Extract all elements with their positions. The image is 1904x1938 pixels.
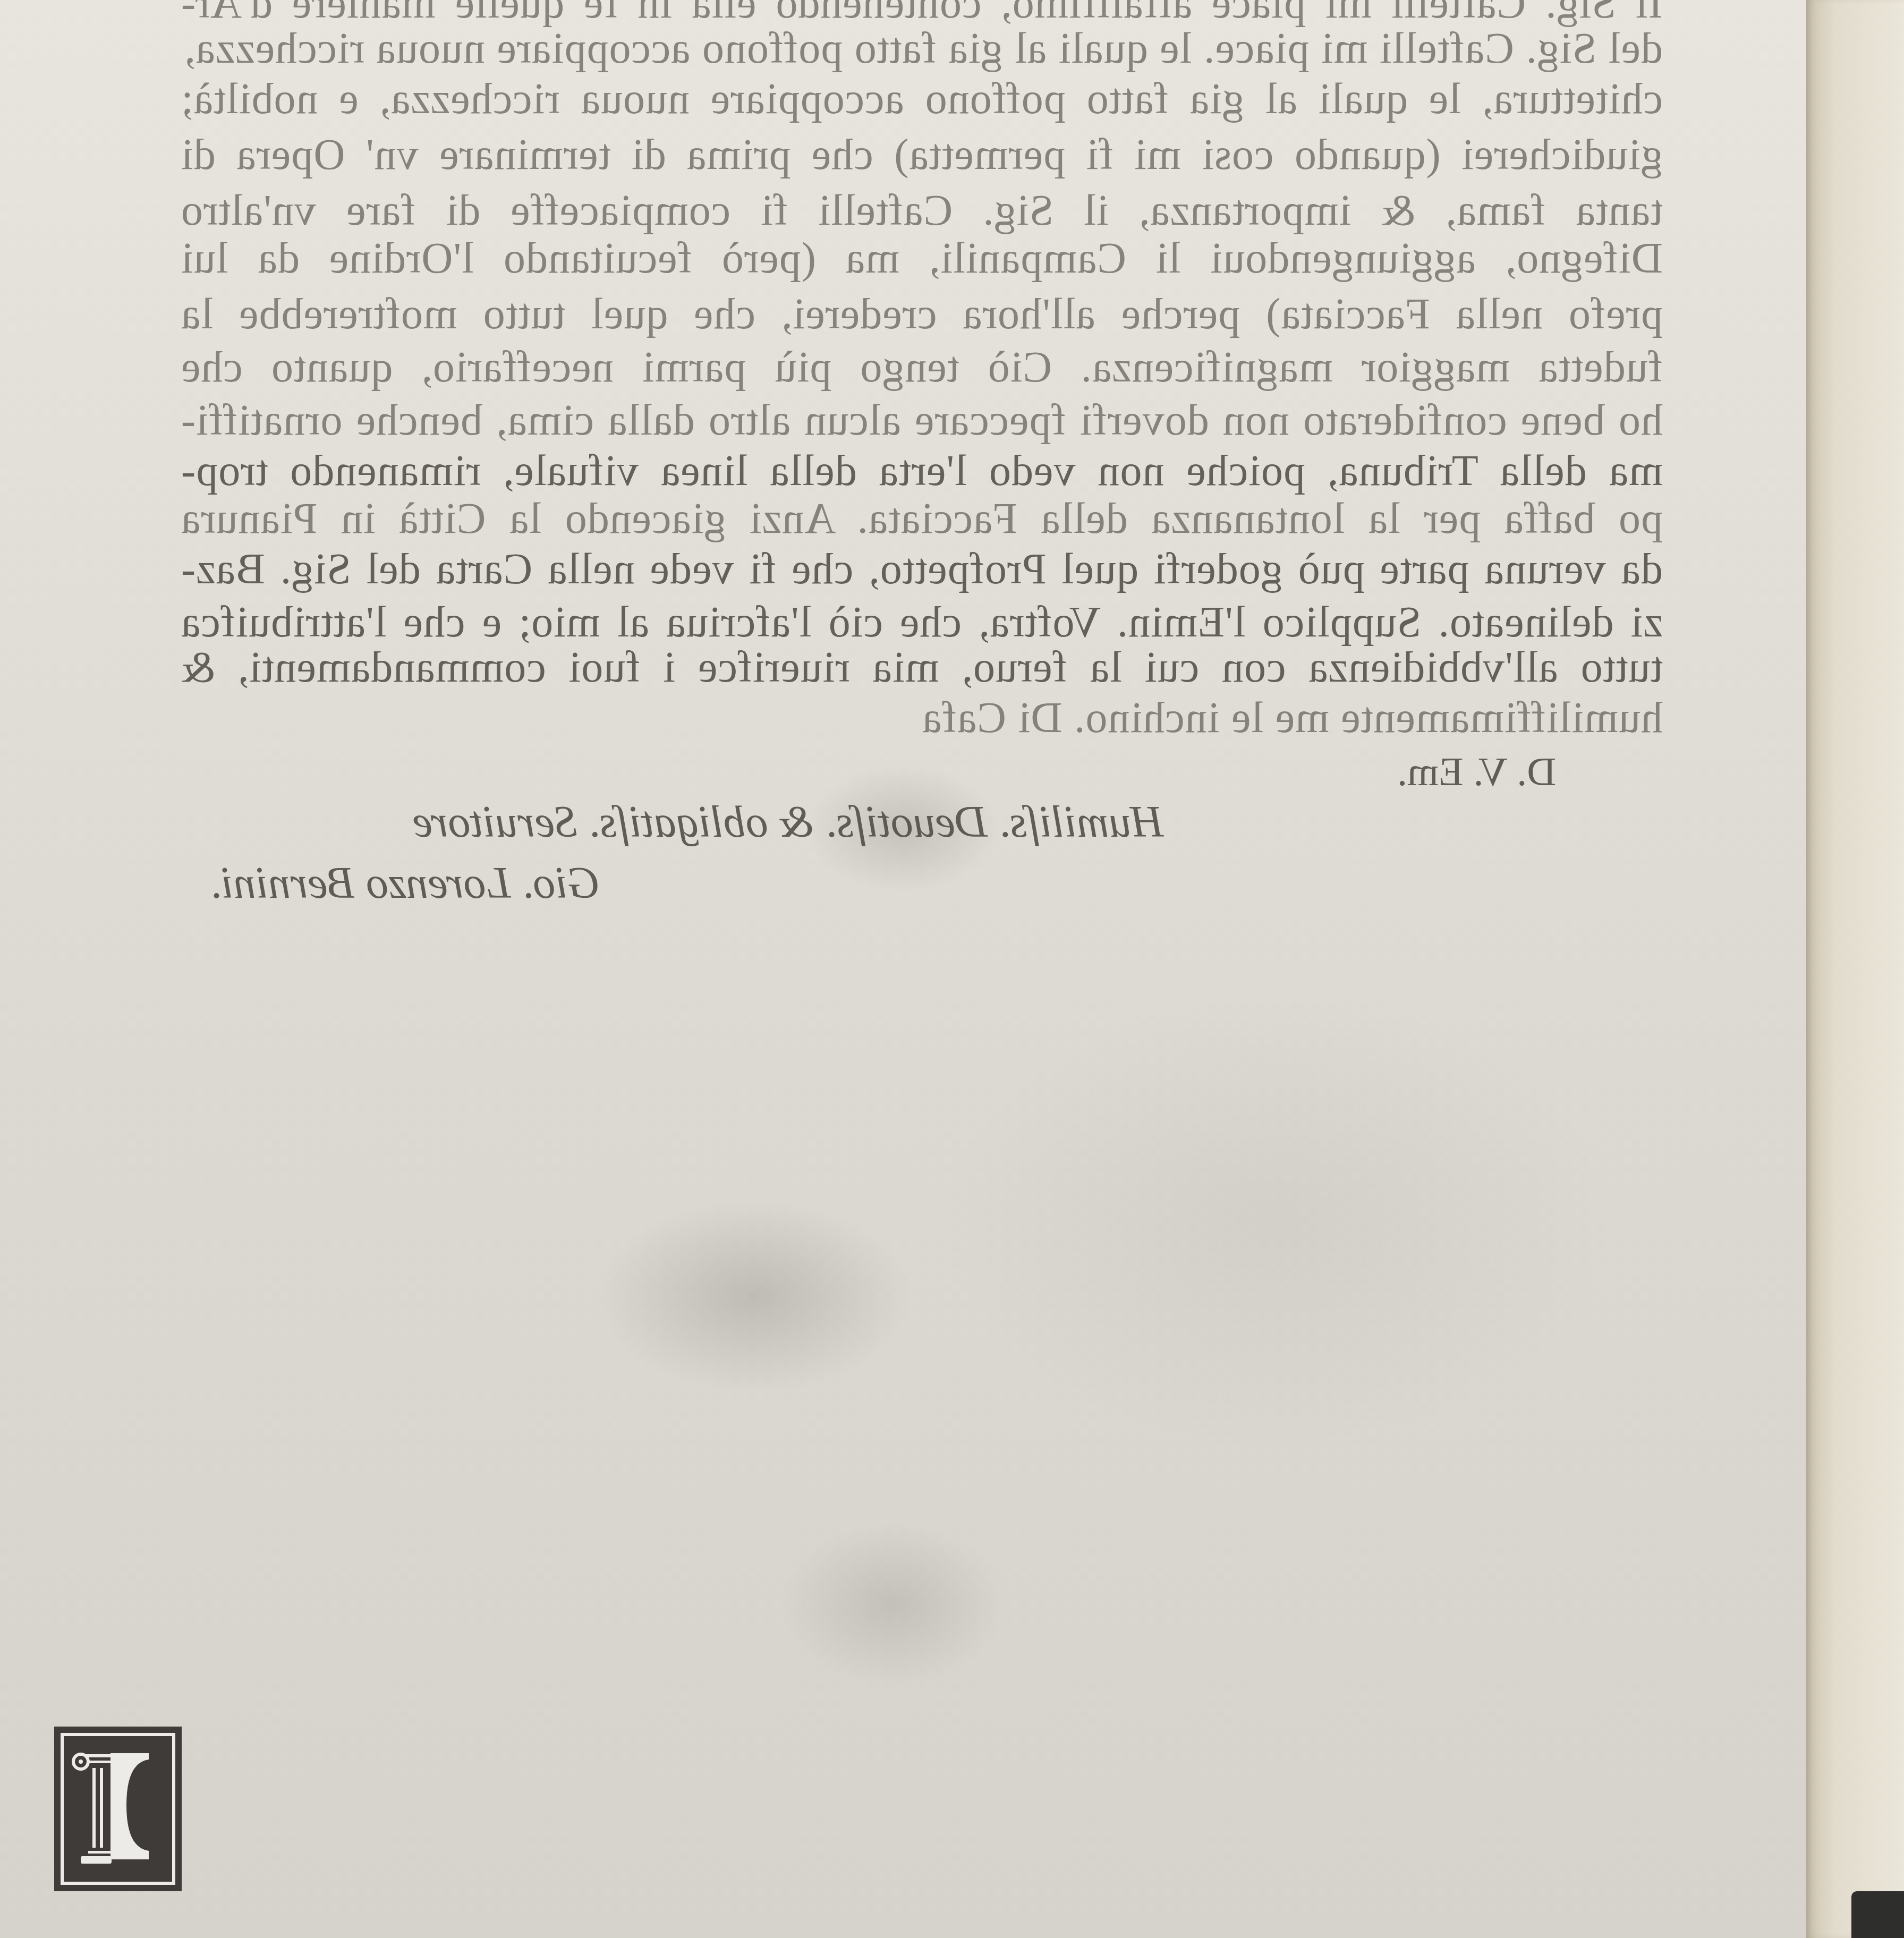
text-line: fudetta maggior magnificenza. Ciò tengo …	[181, 343, 1663, 392]
text-line: da veruna parte può goderfi quel Profpet…	[181, 545, 1663, 593]
book-cover-corner	[1851, 1891, 1904, 1938]
text-line: po baffa per la lontananza della Facciat…	[181, 494, 1663, 543]
page-gutter-edge	[1806, 0, 1904, 1938]
text-line: Difegno, aggiungendoui li Campanili, ma …	[181, 234, 1663, 283]
text-line: tanta fama, & importanza, il Sig. Caftel…	[181, 186, 1663, 235]
text-line: zi delineato. Supplico l'Emin. Voftra, c…	[181, 598, 1663, 647]
text-line: chitettura, le quali al gia fatto poffon…	[181, 74, 1663, 123]
university-logo	[54, 1727, 182, 1891]
university-column-I-icon	[69, 1747, 167, 1874]
signature-line-humble-servant: Humiliſs. Deuotiſs. & obligatiſs. Seruit…	[313, 797, 1163, 848]
closing-salutation: D. V. Em.	[1397, 746, 1556, 797]
text-line: humiliffimamente me le inchino. Di Cafa	[919, 693, 1663, 742]
text-line: prefo nella Facciata) perche all'hora cr…	[181, 290, 1663, 338]
text-line: tutto all'vbbidienza con cui la feruo, m…	[181, 643, 1663, 692]
text-line: ho bene confiderato non doverfi fpeccare…	[181, 396, 1663, 445]
text-line: del Sig. Caftelli mi piace. le quali al …	[181, 24, 1663, 73]
signature-name: Gio. Lorenzo Bernini.	[210, 858, 600, 909]
text-line: giudicherei (quando cosi mi fi permetta)…	[181, 130, 1663, 179]
text-line: ma della Tribuna, poiche non vedo l'erta…	[181, 446, 1663, 495]
book-page: Il Sig. Caftelli mi piace affaiffimo, co…	[0, 0, 1806, 1938]
